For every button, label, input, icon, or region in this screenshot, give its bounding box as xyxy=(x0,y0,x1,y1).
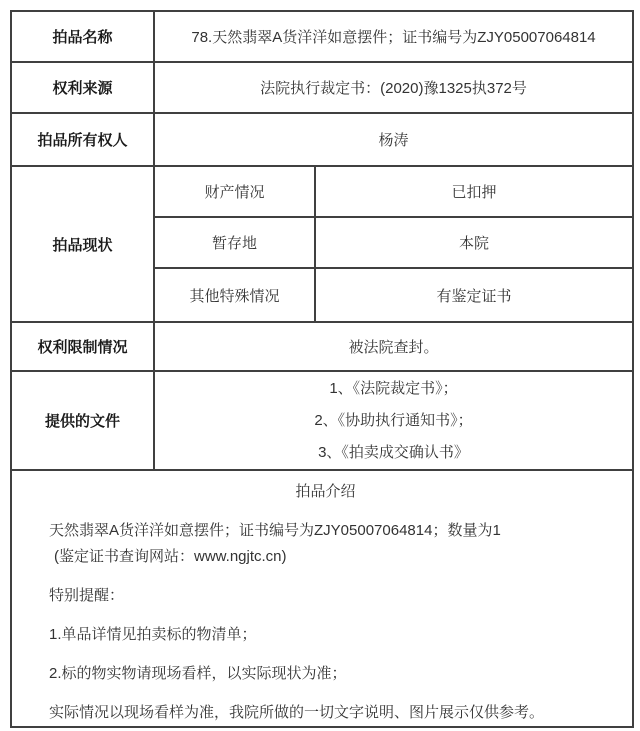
row-rights-source: 权利来源 法院执行裁定书：(2020)豫1325执372号 xyxy=(11,62,633,113)
document-item: 2、《协助执行通知书》； xyxy=(155,405,632,437)
auction-item-info-table: 拍品名称 78.天然翡翠A货洋洋如意摆件；证书编号为ZJY05007064814… xyxy=(10,10,634,728)
status-label: 拍品现状 xyxy=(11,166,154,322)
status-storage-value: 本院 xyxy=(315,217,633,268)
documents-value: 1、《法院裁定书》； 2、《协助执行通知书》； 3、《拍卖成交确认书》 xyxy=(154,371,633,470)
document-item: 1、《法院裁定书》； xyxy=(155,373,632,405)
certificate-query-site: (鉴定证书查询网站：www.ngjtc.cn) xyxy=(49,544,602,570)
document-item: 3、《拍卖成交确认书》 xyxy=(155,437,632,469)
status-other-value: 有鉴定证书 xyxy=(315,268,633,322)
rights-restriction-value: 被法院查封。 xyxy=(154,322,633,371)
rights-source-label: 权利来源 xyxy=(11,62,154,113)
introduction-cell: 拍品介绍 天然翡翠A货洋洋如意摆件；证书编号为ZJY05007064814；数量… xyxy=(11,470,633,727)
owner-value: 杨涛 xyxy=(154,113,633,166)
row-introduction: 拍品介绍 天然翡翠A货洋洋如意摆件；证书编号为ZJY05007064814；数量… xyxy=(11,470,633,727)
item-name-value: 78.天然翡翠A货洋洋如意摆件；证书编号为ZJY05007064814 xyxy=(154,11,633,62)
row-owner: 拍品所有权人 杨涛 xyxy=(11,113,633,166)
status-other-label: 其他特殊情况 xyxy=(154,268,315,322)
row-status-property: 拍品现状 财产情况 已扣押 xyxy=(11,166,633,217)
status-property-label: 财产情况 xyxy=(154,166,315,217)
special-reminder-heading: 特别提醒： xyxy=(49,583,602,609)
row-rights-restriction: 权利限制情况 被法院查封。 xyxy=(11,322,633,371)
reminder-note-3: 实际情况以现场看样为准，我院所做的一切文字说明、图片展示仅供参考。 xyxy=(49,700,602,726)
rights-source-value: 法院执行裁定书：(2020)豫1325执372号 xyxy=(154,62,633,113)
owner-label: 拍品所有权人 xyxy=(11,113,154,166)
reminder-note-1: 1.单品详情见拍卖标的物清单； xyxy=(49,622,602,648)
row-documents: 提供的文件 1、《法院裁定书》； 2、《协助执行通知书》； 3、《拍卖成交确认书… xyxy=(11,371,633,470)
status-property-value: 已扣押 xyxy=(315,166,633,217)
status-storage-label: 暂存地 xyxy=(154,217,315,268)
item-name-label: 拍品名称 xyxy=(11,11,154,62)
documents-label: 提供的文件 xyxy=(11,371,154,470)
rights-restriction-label: 权利限制情况 xyxy=(11,322,154,371)
reminder-note-2: 2.标的物实物请现场看样，以实际现状为准； xyxy=(49,661,602,687)
introduction-title: 拍品介绍 xyxy=(49,479,602,505)
introduction-description: 天然翡翠A货洋洋如意摆件；证书编号为ZJY05007064814；数量为1 xyxy=(49,518,602,544)
auction-item-info-page: 拍品名称 78.天然翡翠A货洋洋如意摆件；证书编号为ZJY05007064814… xyxy=(0,0,640,731)
row-item-name: 拍品名称 78.天然翡翠A货洋洋如意摆件；证书编号为ZJY05007064814 xyxy=(11,11,633,62)
